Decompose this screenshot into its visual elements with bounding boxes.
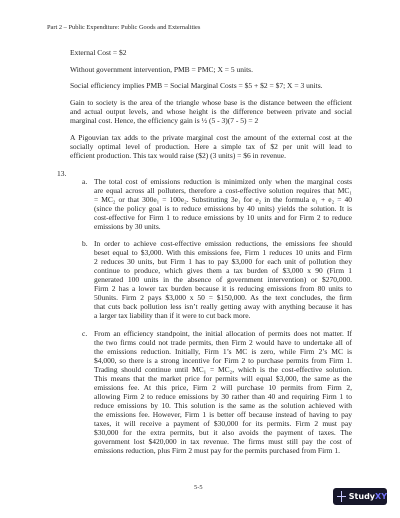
text-line: and actual output levels, and whose heig… [70,107,352,116]
item-c-paragraph: From an efficiency standpoint, the initi… [94,329,352,455]
text-line: the emissions fee. However, Firm 1 is be… [94,410,352,419]
text-line: generated 100 units in the absence of go… [94,275,352,284]
text-line: From an efficiency standpoint, the initi… [94,329,352,338]
brand-name-part2: XY [375,492,387,501]
running-header: Part 2 – Public Expenditure: Public Good… [47,24,200,32]
text-line: allowing Firm 2 to reduce emissions by 3… [94,392,352,401]
text-line: Gain to society is the area of the trian… [70,98,352,107]
efficiency-gain-paragraph: Gain to society is the area of the trian… [70,98,352,125]
text-line: the emissions reduction. Initially, Firm… [94,347,352,356]
text-line: emissions by 30 units. [94,222,352,231]
text-line: continue to produce, which gives them a … [94,266,352,275]
text-line: a larger tax liability than if it were t… [94,311,352,320]
text-line: External Cost = $2 [70,48,352,57]
studyxy-watermark-badge[interactable]: StudyXY [333,488,387,505]
text-line: emissions reduction, plus Firm 2 must pa… [94,446,352,455]
page-number: 5-5 [194,484,203,492]
text-line: A Pigouvian tax adds to the private marg… [70,133,352,142]
text-line: that cuts back pollution less isn’t real… [94,302,352,311]
text-line: taxes, it will receive a payment of $30,… [94,419,352,428]
text-line: In order to achieve cost-effective emiss… [94,239,352,248]
text-line: = MC₂ or that 300e₁ = 100e₂. Substitutin… [94,195,352,204]
text-line: reduce emissions by 10. This solution is… [94,401,352,410]
text-line: $30,000 for the extra permits, but it al… [94,428,352,437]
text-line: Without government intervention, PMB = P… [70,65,352,74]
text-line: This means that the market price for per… [94,374,352,383]
text-line: government lost $420,000 in tax revenue.… [94,437,352,446]
text-line: emissions fee. At this price, Firm 2 wil… [94,383,352,392]
text-line: efficient production. This tax would rai… [70,151,352,160]
item-label-a: a. [82,177,87,186]
question-number: 13. [57,169,66,178]
text-line: 2 reduces 30 units, but Firm 1 has to pa… [94,257,352,266]
item-b-paragraph: In order to achieve cost-effective emiss… [94,239,352,320]
text-line: 50units. Firm 2 pays $3,000 x 50 = $150,… [94,293,352,302]
text-line: Firm 2 has a lower tax burden because it… [94,284,352,293]
text-line: are equal across all polluters, therefor… [94,186,352,195]
text-line: Trading should continue until MC₁ = MC₂,… [94,365,352,374]
plus-icon [337,491,346,502]
text-line: cost-effective for Firm 1 to reduce emis… [94,213,352,222]
no-intervention-line: Without government intervention, PMB = P… [70,65,352,74]
brand-name-part1: Study [349,492,375,501]
text-line: marginal cost. Hence, the efficiency gai… [70,116,352,125]
document-page: Part 2 – Public Expenditure: Public Good… [0,0,400,518]
item-label-c: c. [82,329,87,338]
text-line: $4,000, so there is a strong incentive f… [94,356,352,365]
item-a-paragraph: The total cost of emissions reduction is… [94,177,352,231]
item-label-b: b. [82,239,88,248]
text-line: The total cost of emissions reduction is… [94,177,352,186]
external-cost-line: External Cost = $2 [70,48,352,57]
text-line: (since the policy goal is to reduce emis… [94,204,352,213]
social-efficiency-line: Social efficiency implies PMB = Social M… [70,81,352,90]
text-line: socially optimal level of production. He… [70,142,352,151]
text-line: the two firms could not trade permits, t… [94,338,352,347]
pigouvian-tax-paragraph: A Pigouvian tax adds to the private marg… [70,133,352,160]
text-line: Social efficiency implies PMB = Social M… [70,81,352,90]
text-line: beset equal to $3,000. With this emissio… [94,248,352,257]
